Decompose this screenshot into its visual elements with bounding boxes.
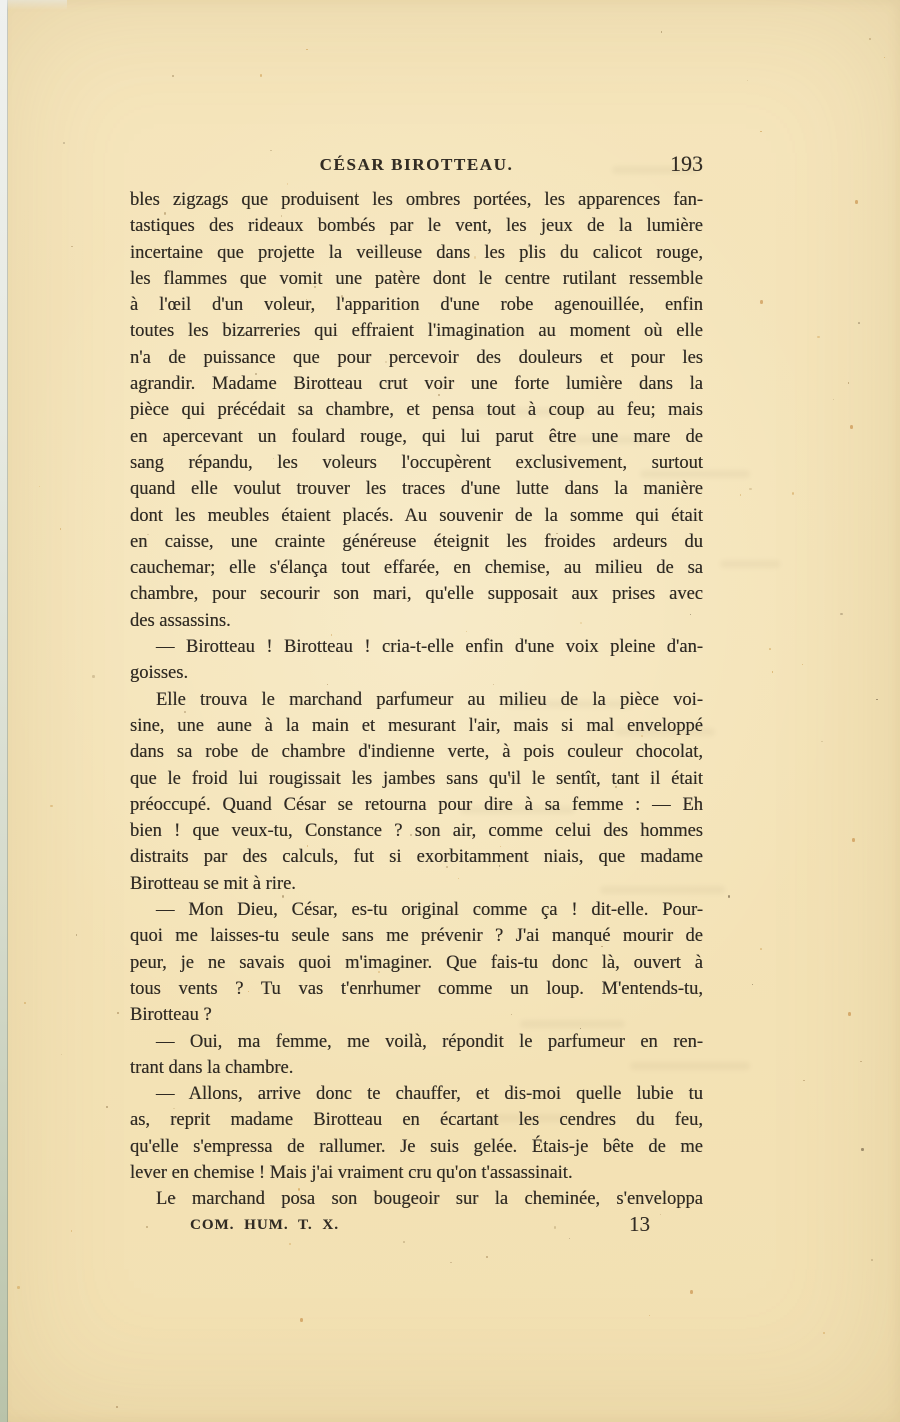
paper-speck [728, 895, 730, 898]
paper-speck [172, 75, 174, 77]
text-line: qu'elle s'empressa de rallumer. Je suis … [130, 1134, 703, 1160]
text-line: pièce qui précédait sa chambre, et pensa… [130, 397, 703, 423]
paper-speck [50, 805, 52, 807]
paper-speck [39, 486, 40, 487]
paper-speck [76, 934, 77, 935]
text-line: goisses. [130, 660, 703, 686]
paper-fiber [690, 1290, 693, 1294]
paper-speck [884, 57, 885, 58]
paper-speck [740, 494, 741, 496]
text-line: préoccupé. Quand César se retourna pour … [130, 792, 703, 818]
text-line: distraits par des calculs, fut si exorbi… [130, 844, 703, 870]
paper-speck [760, 948, 762, 950]
paper-speck [772, 671, 773, 673]
show-through-mark [720, 560, 780, 568]
paper-fiber [852, 838, 855, 842]
text-line: as, reprit madame Birotteau en écartant … [130, 1107, 703, 1133]
printer-signature: COM. HUM. T. X. [190, 1217, 339, 1234]
text-line: Birotteau ? [130, 1002, 703, 1028]
text-line: lever en chemise ! Mais j'ai vraiment cr… [130, 1160, 703, 1186]
paper-speck [749, 488, 752, 491]
paper-speck [63, 142, 65, 143]
text-line: en apercevant un foulard rouge, qui lui … [130, 424, 703, 450]
paper-speck [848, 382, 849, 384]
paper-fiber [855, 200, 858, 204]
paper-speck [117, 1012, 119, 1014]
paper-speck [876, 699, 878, 701]
paper-speck [752, 984, 753, 985]
paper-speck [792, 492, 794, 495]
paper-fiber [760, 300, 763, 304]
paper-speck [860, 1061, 862, 1062]
paper-speck [833, 399, 834, 400]
page-number: 193 [670, 151, 703, 177]
text-line: Birotteau se mit à rire. [130, 871, 703, 897]
text-line: que le froid lui rougissait les jambes s… [130, 766, 703, 792]
paper-fiber [848, 1012, 851, 1016]
paper-speck [817, 336, 819, 338]
page-header: CÉSAR BIROTTEAU. 193 [130, 151, 703, 181]
book-edge [0, 0, 8, 1422]
text-line: quoi me laisses-tu seule sans me préveni… [130, 923, 703, 949]
paper-speck [71, 1230, 72, 1232]
paper-speck [821, 741, 823, 742]
text-line: — Birotteau ! Birotteau ! cria-t-elle en… [130, 634, 703, 660]
paper-fiber [850, 425, 853, 429]
paper-speck [769, 648, 771, 650]
paper-speck [861, 1148, 864, 1152]
body-text: bles zigzags que produisent les ombres p… [130, 187, 703, 1213]
paper-speck [24, 1002, 26, 1004]
paper-speck [61, 1054, 62, 1055]
text-line: peur, je ne savais quoi m'imaginer. Que … [130, 950, 703, 976]
paper-speck [71, 246, 73, 247]
text-line: sine, une aune à la main et mesurant l'a… [130, 713, 703, 739]
text-line: quand elle voulut trouver les traces d'u… [130, 476, 703, 502]
paper-speck [450, 1262, 452, 1263]
paper-speck [661, 31, 663, 33]
paper-speck [287, 183, 288, 184]
paper-speck [486, 1256, 488, 1259]
text-line: à l'œil d'un voleur, l'apparition d'une … [130, 292, 703, 318]
paper-speck [306, 49, 307, 50]
paper-speck [802, 664, 803, 666]
paper-speck [871, 1259, 873, 1261]
text-line: cauchemar; elle s'élança tout effarée, e… [130, 555, 703, 581]
text-line: Le marchand posa son bougeoir sur la che… [130, 1186, 703, 1212]
text-line: — Mon Dieu, César, es-tu original comme … [130, 897, 703, 923]
paper-speck [823, 1332, 825, 1334]
text-line: en caisse, une crainte généreuse éteigni… [130, 529, 703, 555]
text-line: bles zigzags que produisent les ombres p… [130, 187, 703, 213]
scan-edge-highlight [7, 0, 67, 10]
text-line: tous vents ? Tu vas t'enrhumer comme un … [130, 976, 703, 1002]
paper-speck [60, 528, 61, 529]
paper-speck [106, 1106, 108, 1108]
text-line: — Oui, ma femme, me voilà, répondit le p… [130, 1029, 703, 1055]
paper-speck [747, 80, 748, 81]
paper-speck [260, 74, 263, 77]
text-line: n'a de puissance que pour percevoir des … [130, 345, 703, 371]
text-line: Elle trouva le marchand parfumeur au mil… [130, 687, 703, 713]
paper-speck [869, 38, 872, 41]
scanned-book-page: CÉSAR BIROTTEAU. 193 bles zigzags que pr… [0, 0, 900, 1422]
text-line: — Allons, arrive donc te chauffer, et di… [130, 1081, 703, 1107]
paper-speck [858, 322, 861, 324]
text-line: les flammes que vomit une patère dont le… [130, 266, 703, 292]
text-line: dont les meubles étaient placés. Au souv… [130, 503, 703, 529]
paper-speck [403, 1241, 405, 1243]
paper-speck [17, 1286, 19, 1288]
text-line: bien ! que veux-tu, Constance ? son air,… [130, 818, 703, 844]
paper-speck [116, 1406, 118, 1408]
text-line: dans sa robe de chambre d'indienne verte… [130, 739, 703, 765]
paper-speck [760, 131, 762, 132]
paper-speck [92, 675, 94, 678]
text-line: tastiques des rideaux bombés par le vent… [130, 213, 703, 239]
paper-fiber [300, 1318, 303, 1322]
paper-speck [803, 1080, 805, 1081]
signature-number: 13 [629, 1212, 650, 1237]
text-line: incertaine que projette la veilleuse dan… [130, 240, 703, 266]
text-line: chambre, pour secourir son mari, qu'elle… [130, 581, 703, 607]
text-line: sang répandu, les voleurs l'occupèrent e… [130, 450, 703, 476]
paper-speck [289, 1243, 291, 1245]
text-line: trant dans la chambre. [130, 1055, 703, 1081]
paper-speck [649, 1315, 650, 1316]
running-title: CÉSAR BIROTTEAU. [320, 155, 514, 175]
text-line: toutes les bizarreries qui effraient l'i… [130, 318, 703, 344]
text-line: des assassins. [130, 608, 703, 634]
page-footer: COM. HUM. T. X. 13 [130, 1210, 703, 1240]
paper-speck [840, 613, 842, 615]
text-line: agrandir. Madame Birotteau crut voir une… [130, 371, 703, 397]
